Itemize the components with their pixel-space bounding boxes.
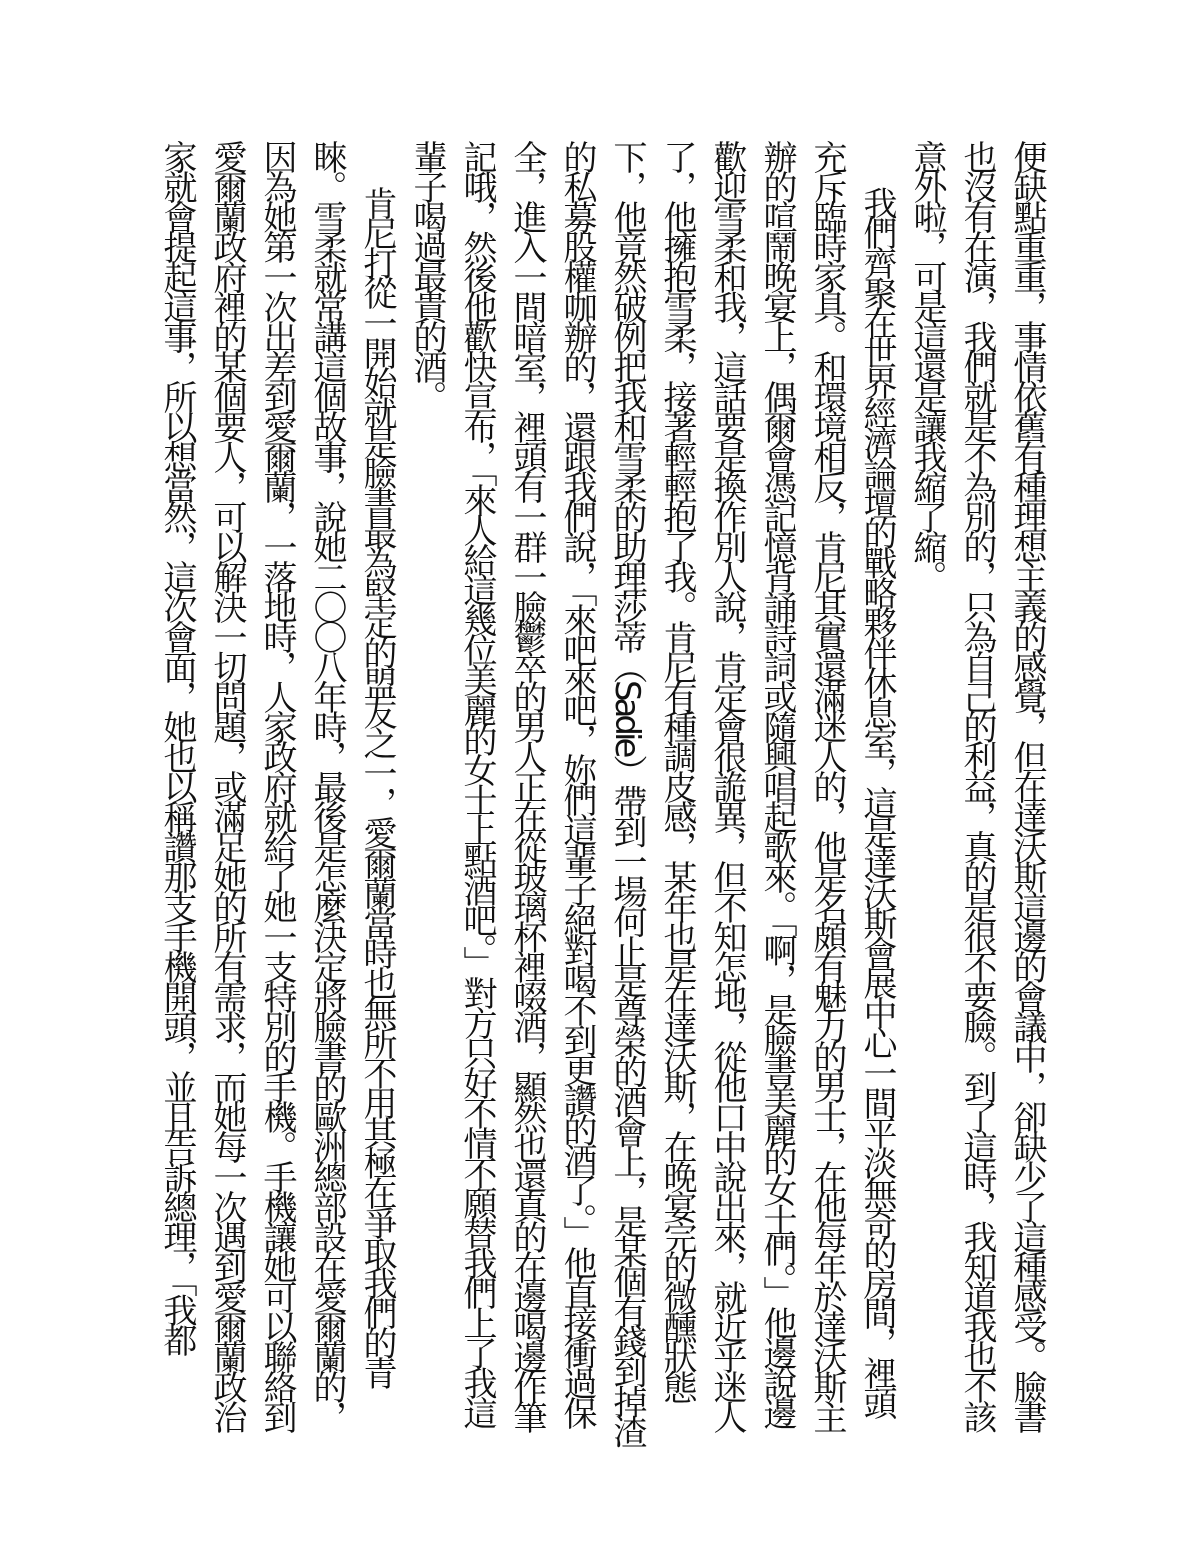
paragraph-1: 便缺點重重，事情依舊有種理想主義的感覺，但在達沃斯這邊的會議中，卻缺少了這種感受… [902, 140, 1052, 1445]
vertical-text-block: 便缺點重重，事情依舊有種理想主義的感覺，但在達沃斯這邊的會議中，卻缺少了這種感受… [146, 140, 1052, 1445]
book-page: 便缺點重重，事情依舊有種理想主義的感覺，但在達沃斯這邊的會議中，卻缺少了這種感受… [0, 0, 1200, 1553]
paragraph-3: 肯尼打從一開始就是臉書最為堅定的盟友之一，愛爾蘭當時也無所不用其極在爭取我們的青… [152, 140, 402, 1445]
paragraph-2: 我們齊聚在世界經濟論壇的戰略夥伴休息室，這是達沃斯會展中心一間平淡無奇的房間，裡… [402, 140, 902, 1445]
